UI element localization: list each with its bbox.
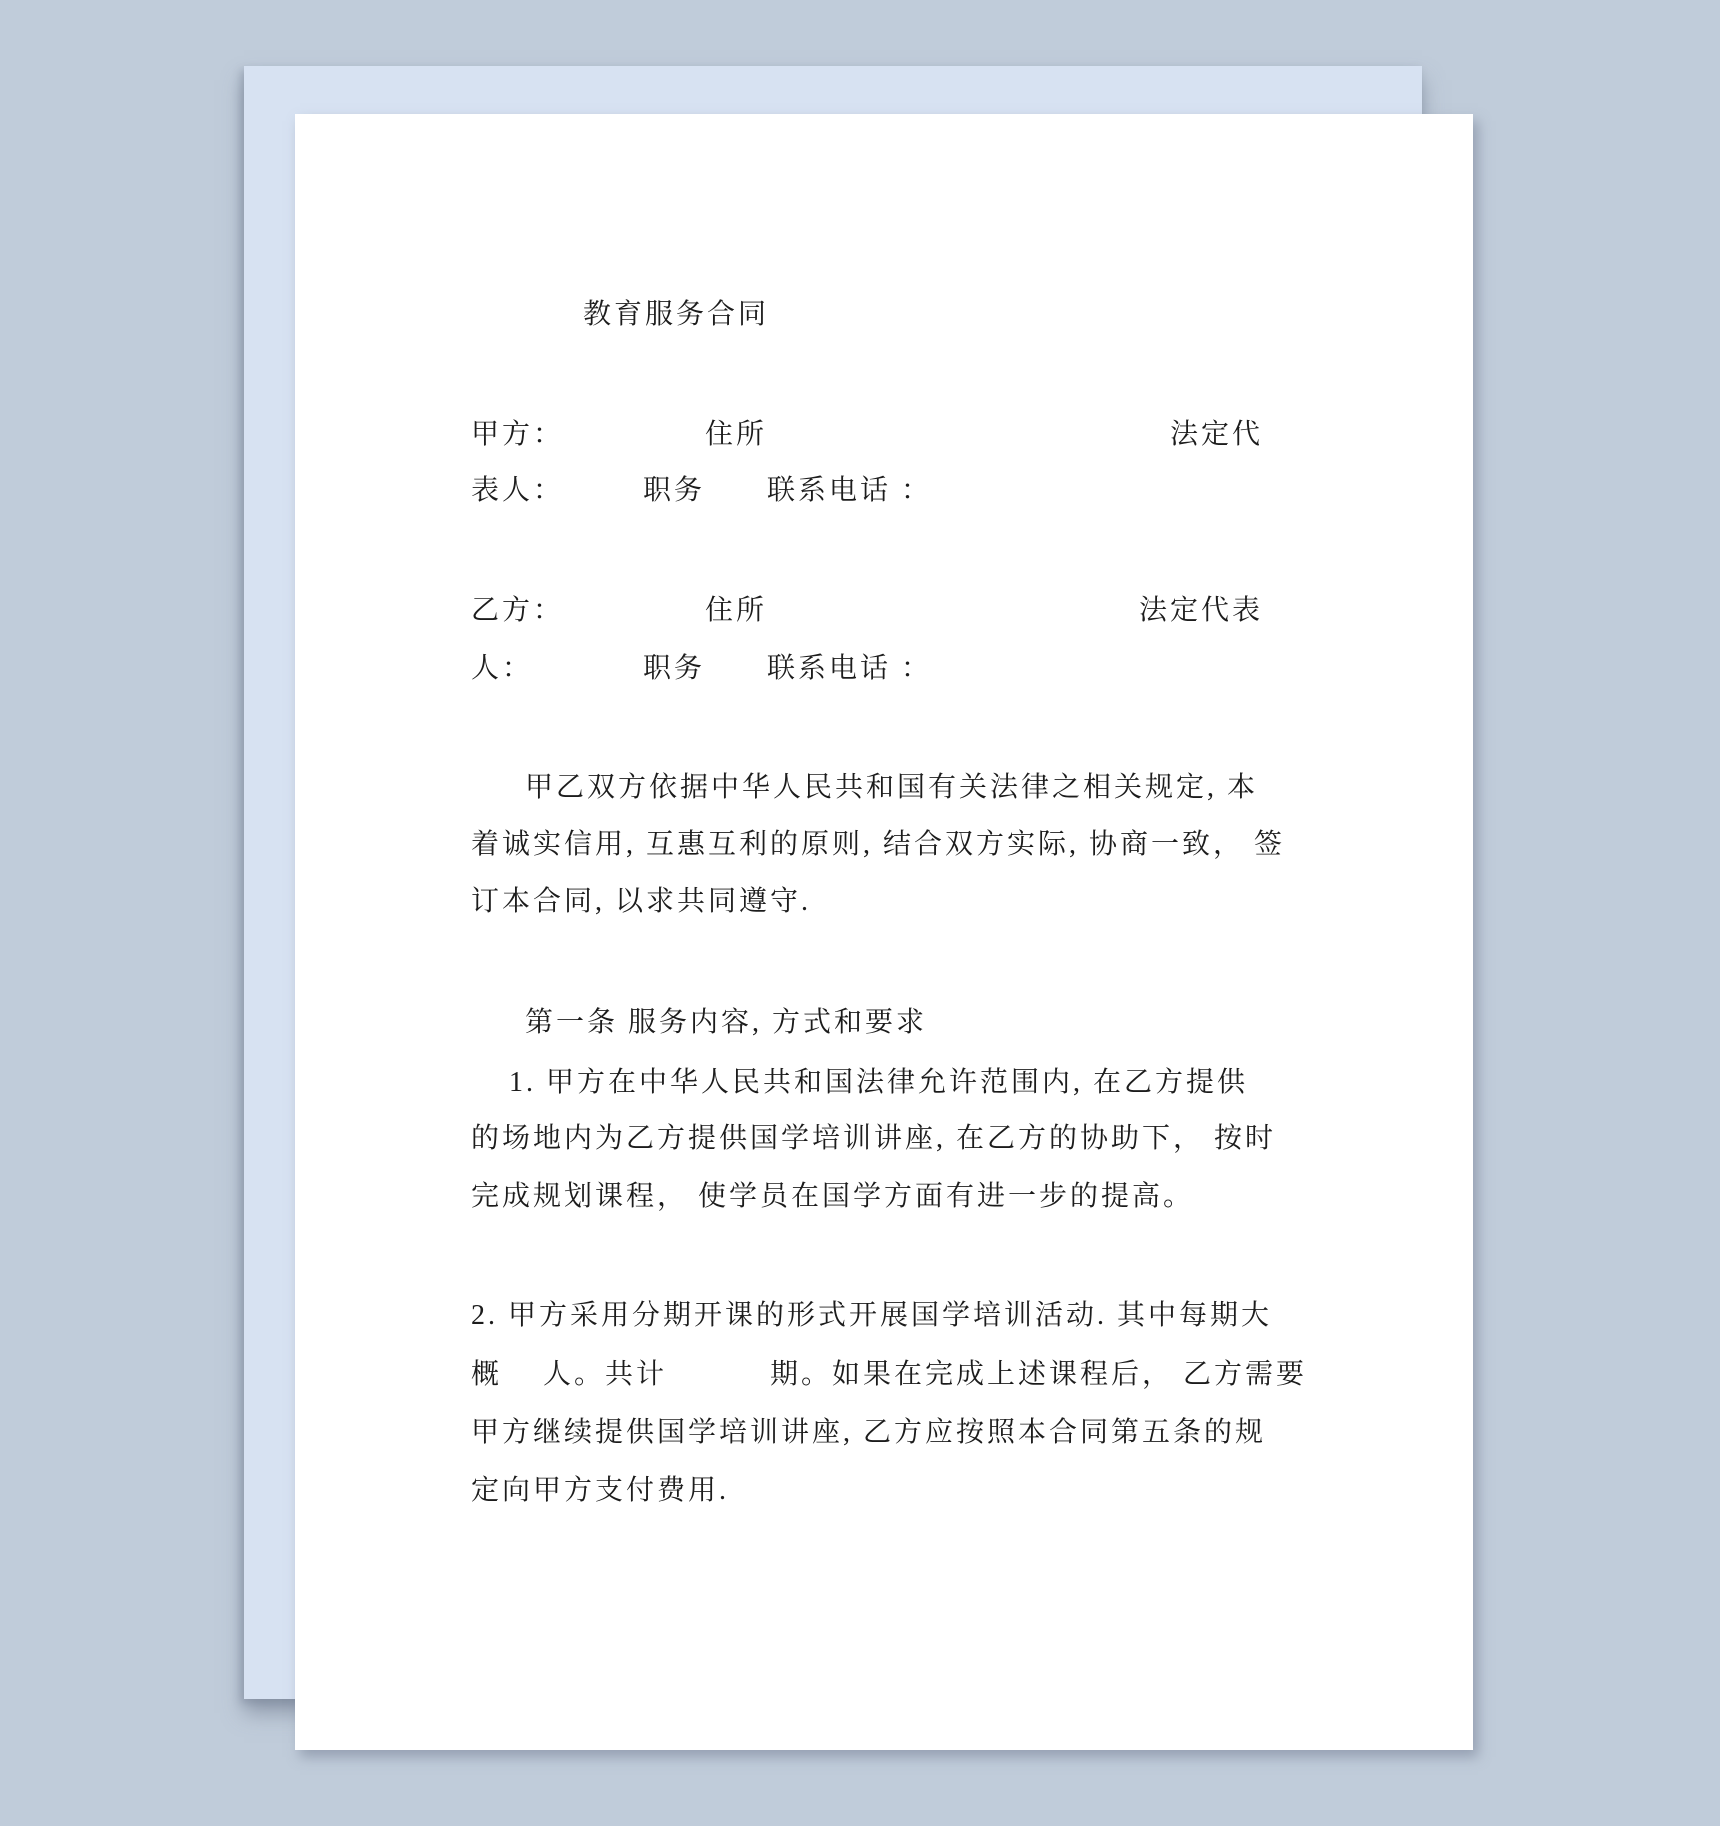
contract-document-page: 教育服务合同 甲方： 住所 法定代 表人： 职务 联系电话 ： 乙方： 住所 法…: [295, 114, 1473, 1750]
item1-line-1: 1. 甲方在中华人民共和国法律允许范围内, 在乙方提供: [509, 1068, 1248, 1098]
desktop-background: { "document": { "title": "教育服务合同", "part…: [0, 0, 1720, 1826]
item2-line-4: 定向甲方支付费用.: [471, 1476, 729, 1506]
section1-heading: 第一条 服务内容, 方式和要求: [525, 1008, 927, 1038]
preamble-line-3: 订本合同, 以求共同遵守.: [471, 887, 811, 917]
party-a-line-2: 表人： 职务 联系电话 ：: [471, 476, 932, 506]
preamble-line-2: 着诚实信用, 互惠互利的原则, 结合双方实际, 协商一致， 签: [471, 830, 1285, 860]
party-a-line-1: 甲方： 住所 法定代: [471, 420, 1263, 450]
item1-line-2: 的场地内为乙方提供国学培训讲座, 在乙方的协助下， 按时: [471, 1124, 1276, 1154]
preamble-line-1: 甲乙双方依据中华人民共和国有关法律之相关规定, 本: [525, 773, 1258, 803]
contract-title: 教育服务合同: [583, 300, 769, 330]
party-b-line-1: 乙方： 住所 法定代表: [471, 596, 1263, 626]
item2-line-1: 2. 甲方采用分期开课的形式开展国学培训活动. 其中每期大: [471, 1301, 1272, 1331]
item2-line-3: 甲方继续提供国学培训讲座, 乙方应按照本合同第五条的规: [471, 1418, 1266, 1448]
item2-line-2: 概 人。共计 期。如果在完成上述课程后， 乙方需要: [471, 1360, 1307, 1390]
item1-line-3: 完成规划课程， 使学员在国学方面有进一步的提高。: [471, 1182, 1194, 1212]
party-b-line-2: 人： 职务 联系电话 ：: [471, 654, 932, 684]
